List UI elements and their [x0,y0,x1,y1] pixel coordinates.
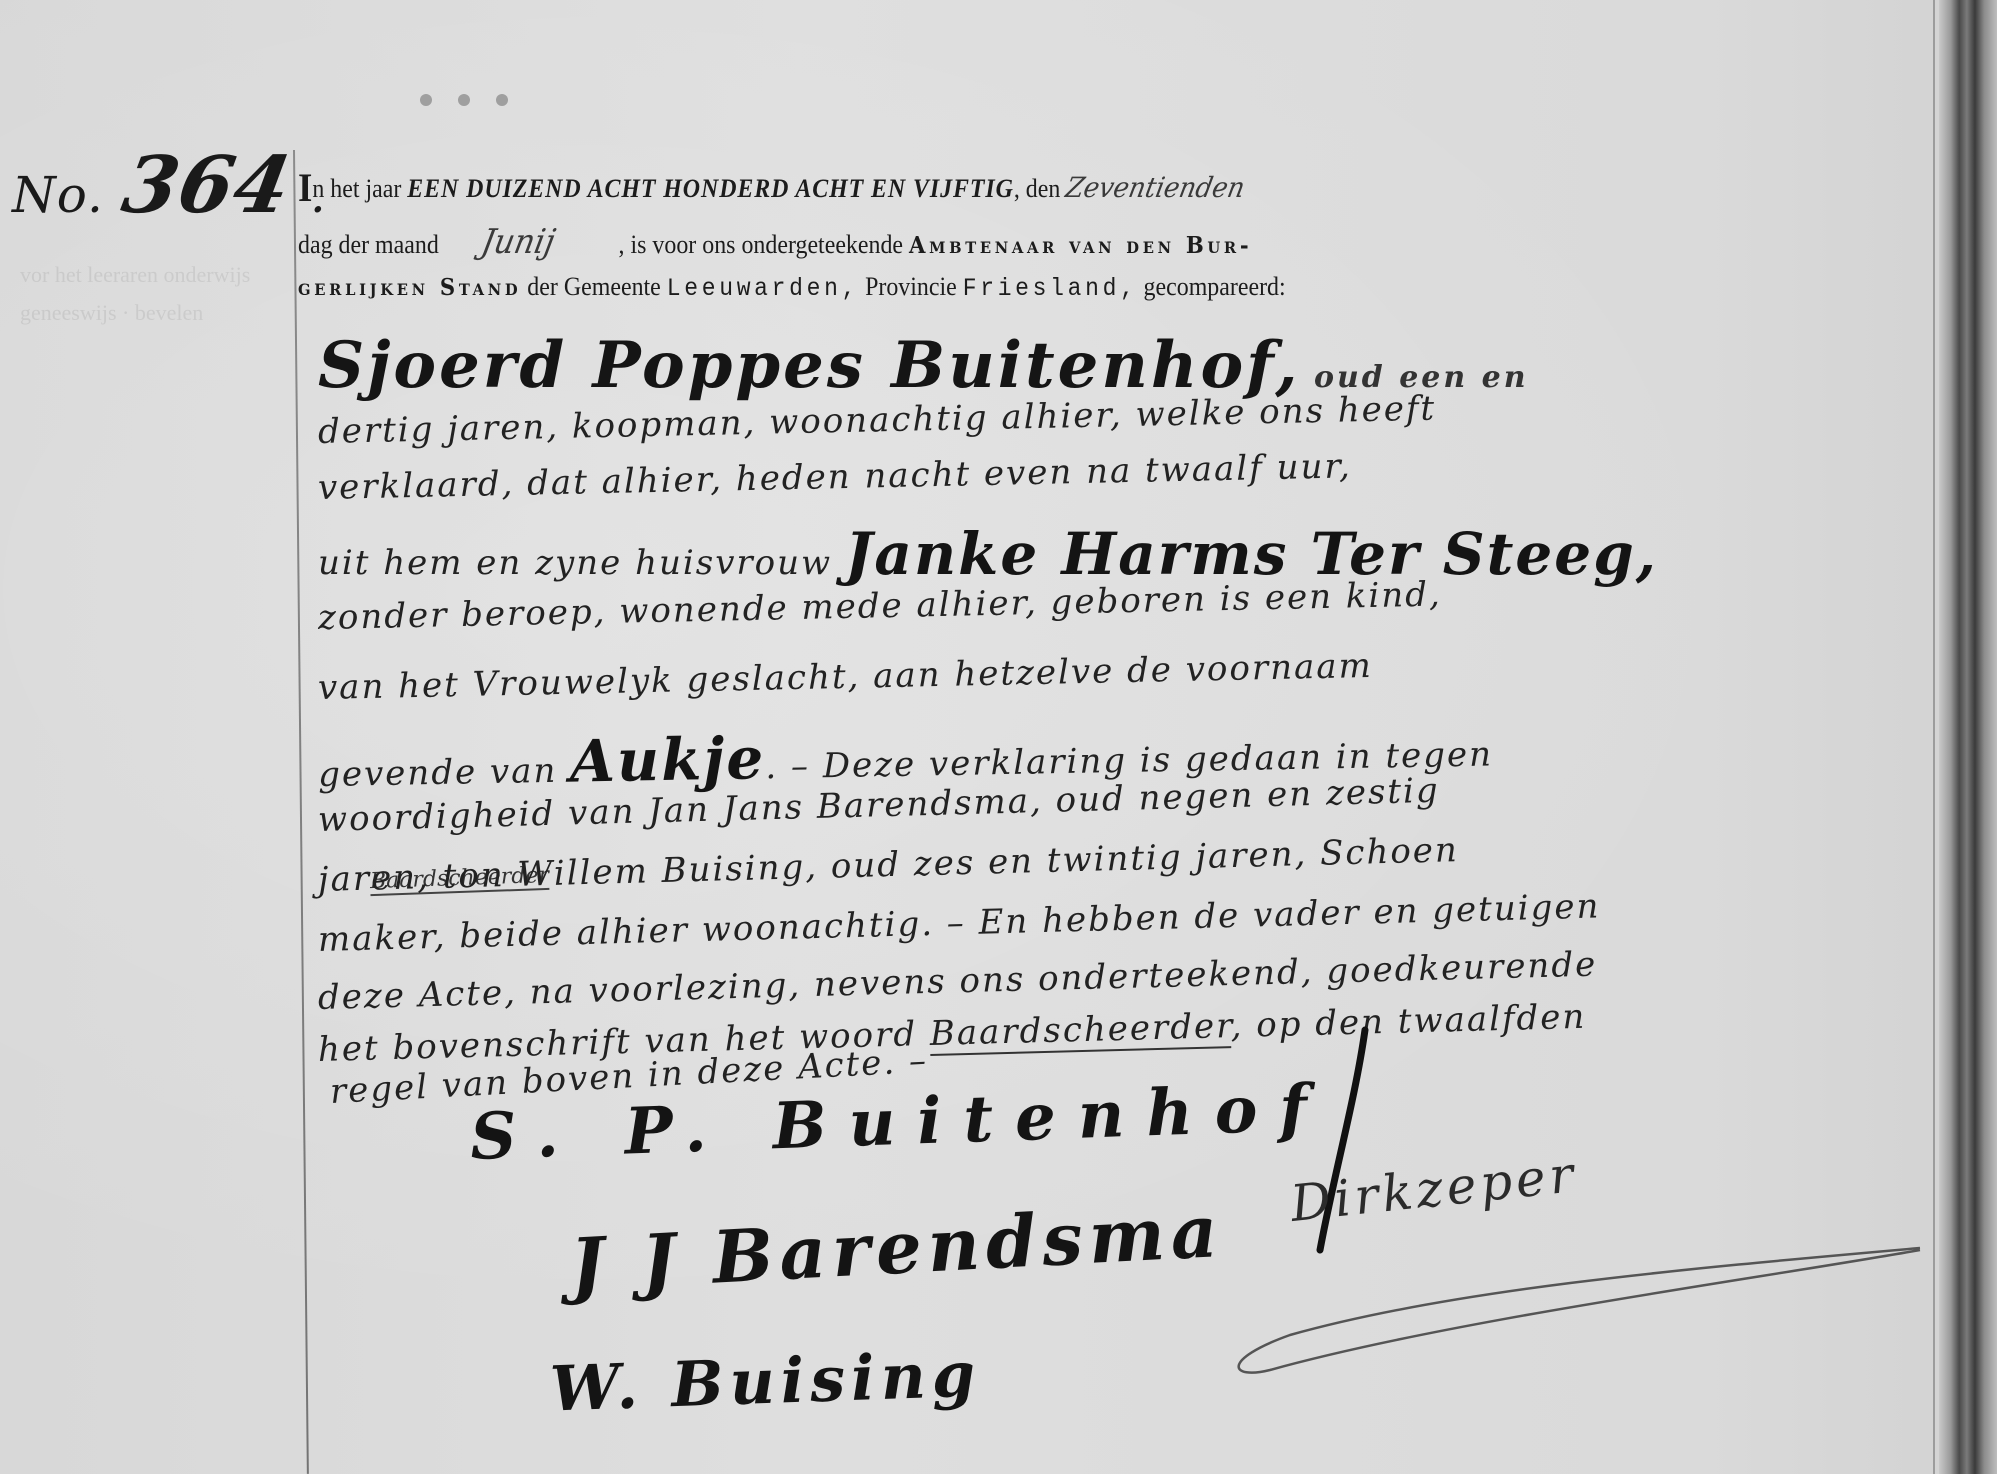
month-handwritten: Junij [478,222,558,262]
printed-text: , den [1014,174,1066,203]
province: Friesland, [963,274,1138,303]
decorative-dots [420,94,508,106]
dot-icon [458,94,470,106]
year-words: EEN DUIZEND ACHT HONDERD ACHT EN VIJFTIG [407,174,1014,203]
printed-text: gecompareerd: [1138,272,1286,301]
margin-rule [293,150,309,1474]
register-page: vor het leeraren onderwijs geneeswijs · … [0,0,1997,1474]
page-edge-line [1933,0,1935,1474]
act-number-prefix: No. [12,166,104,224]
printed-line-1: In het jaar EEN DUIZEND ACHT HONDERD ACH… [298,168,1245,208]
body-line-6: van het Vrouwelyk geslacht, aan hetzelve… [318,646,1374,708]
bleed-through-text: geneeswijs · bevelen [20,300,203,326]
body-line-4: uit hem en zyne huisvrouw Janke Harms Te… [318,520,1658,588]
act-number-value: 364 [116,140,298,231]
municipality: Leeuwarden, [667,274,859,303]
printed-text: n het jaar [312,174,407,203]
book-binding [1939,0,1997,1474]
registrar-flourish-icon [1150,1240,1930,1380]
handwritten-text: uit hem en zyne huisvrouw [318,543,845,583]
handwritten-text: gevende van [318,751,571,795]
dot-icon [496,94,508,106]
body-line-9: jaren, ton Willem Buising, oud zes en tw… [317,830,1459,900]
printed-text: der Gemeente [521,272,666,301]
bleed-through-text: vor het leeraren onderwijs [20,262,250,288]
drop-cap: I [298,165,312,210]
act-number: No. 364 . [12,140,327,231]
signature-witness-2: W. Buising [549,1338,982,1426]
signature-witness-1: J J Barendsma [568,1188,1225,1307]
official-title-cont: gerlijken Stand [298,274,521,301]
father-name: Sjoerd Poppes Buitenhof, [318,328,1301,403]
official-title: Ambtenaar van den Bur- [909,232,1252,259]
printed-line-3: gerlijken Stand der Gemeente Leeuwarden,… [298,272,1286,303]
printed-text: , is voor ons ondergeteekende [619,230,910,259]
dot-icon [420,94,432,106]
printed-line-2: dag der maand Junij, is voor ons onderge… [298,222,1252,262]
body-line-3: verklaard, dat alhier, heden nacht even … [318,446,1353,508]
printed-text: dag der maand [298,230,445,259]
day-handwritten: Zeventienden [1063,171,1248,204]
child-name: Aukje [569,724,765,795]
printed-text: Provincie [859,272,963,301]
